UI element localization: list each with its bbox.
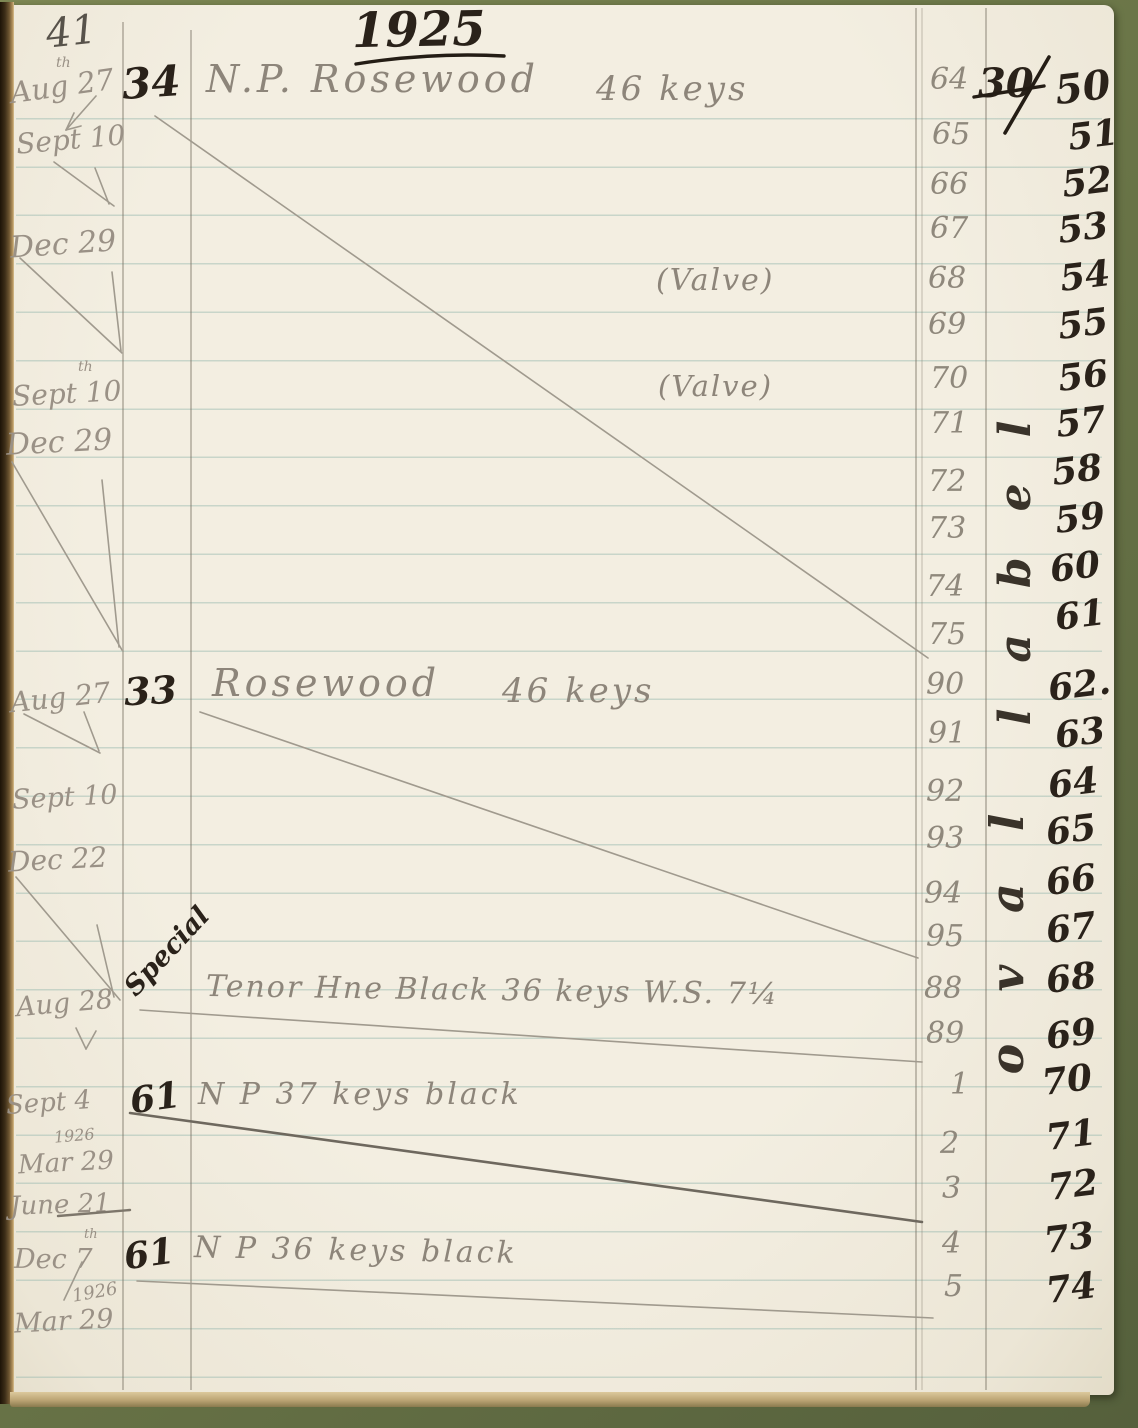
order-number: 61 [128,1077,183,1120]
ledger-number: 69 [1044,1013,1098,1055]
serial-number: 74 [926,572,964,602]
ledger-number: 58 [1050,449,1104,491]
serial-number: 67 [930,214,968,244]
ledger-number: 52 [1060,161,1114,203]
serial-number: 71 [930,409,968,439]
margin-date: Aug 28 [15,986,114,1021]
entry-description: N.P. Rosewood [206,60,539,98]
order-number: 33 [123,671,178,712]
date-superscript: th [56,56,71,70]
page-stack-edge [10,1392,1090,1407]
margin-year: 1926 [53,1126,95,1145]
margin-date: Dec 22 [7,843,108,876]
ledger-number: 66 [1044,859,1098,901]
margin-date: Dec 29 [5,425,113,461]
column-rule-right-2 [985,8,987,1390]
serial-number: 95 [926,922,964,952]
margin-date: Dec 7 [14,1246,93,1273]
entry-description: N P 36 keys black [194,1233,518,1269]
ledger-number: 73 [1042,1217,1096,1259]
serial-number: 69 [928,310,966,340]
serial-number: 94 [924,879,962,909]
serial-number: 73 [928,514,966,544]
serial-number: 5 [944,1272,963,1302]
photographed-ledger: 41 1925 Aug 27 th Sept 10 Dec 29 Sept 10… [0,0,1138,1428]
date-superscript: th [78,360,93,374]
serial-number: 75 [928,620,966,650]
ledger-number: 51 [1066,114,1120,156]
ledger-number: 50 [1053,65,1113,111]
entry-description: Rosewood [212,664,440,702]
ledger-number: 70 [1040,1059,1094,1101]
order-number: 61 [122,1233,177,1276]
vertical-note-label: label [994,350,1050,750]
entry-description: Tenor Hne Black 36 keys W.S. 7¼ [206,972,779,1010]
margin-date: June 21 [10,1190,112,1219]
crossed-out-number: 30 [978,64,1034,104]
serial-number: 92 [926,777,964,807]
entry-note: (Valve) [656,266,775,296]
year-heading: 1925 [352,5,486,55]
serial-number: 65 [932,120,970,150]
margin-date: Dec 29 [9,226,117,263]
serial-number: 88 [924,974,962,1004]
margin-rule-left-1 [122,22,124,1390]
margin-date: Mar 29 [13,1305,114,1337]
margin-date: Sept 10 [11,377,122,411]
entry-description: N P 37 keys black [198,1080,522,1110]
entry-description: 46 keys [502,674,654,708]
serial-number: 70 [930,364,968,394]
margin-date: Mar 29 [17,1148,114,1179]
serial-number: 66 [930,170,968,200]
ledger-number: 72 [1046,1164,1100,1206]
serial-number: 72 [928,467,966,497]
margin-date: Sept 10 [11,781,118,813]
ledger-number: 59 [1053,497,1107,539]
margin-date: Sept 4 [5,1087,92,1119]
ledger-number: 60 [1048,546,1102,588]
entry-description: 46 keys [596,72,748,106]
vertical-note-oval: oval [984,758,1040,1078]
ledger-number: 67 [1044,907,1098,949]
ledger-number: 65 [1044,809,1098,851]
serial-number: 68 [928,264,966,294]
serial-number: 1 [950,1070,969,1100]
serial-number: 4 [942,1229,961,1259]
ledger-number: 61 [1053,594,1107,636]
column-rule-right-1 [915,8,917,1390]
ledger-number: 68 [1044,957,1098,999]
ledger-number: 57 [1054,401,1108,443]
serial-number: 2 [940,1129,959,1159]
serial-number: 64 [930,65,968,95]
serial-number: 93 [926,824,964,854]
entry-note: (Valve) [658,372,773,401]
serial-number: 90 [926,670,964,700]
ledger-number: 54 [1058,255,1112,297]
serial-number: 89 [926,1019,964,1049]
column-rule-right-1b [921,8,923,1390]
ledger-number: 55 [1056,303,1110,345]
ledger-number: 74 [1044,1267,1098,1309]
page-number: 41 [44,9,99,54]
ledger-number: 63 [1053,712,1107,754]
ledger-number: 62. [1046,663,1113,706]
order-number: 34 [121,60,182,106]
serial-number: 3 [942,1174,961,1204]
ledger-number: 53 [1056,207,1110,249]
ledger-number: 56 [1056,355,1110,397]
date-superscript: th [84,1228,98,1241]
serial-number: 91 [928,719,966,749]
ledger-number: 71 [1044,1114,1098,1156]
ledger-number: 64 [1046,762,1100,804]
margin-rule-left-2 [190,30,192,1390]
